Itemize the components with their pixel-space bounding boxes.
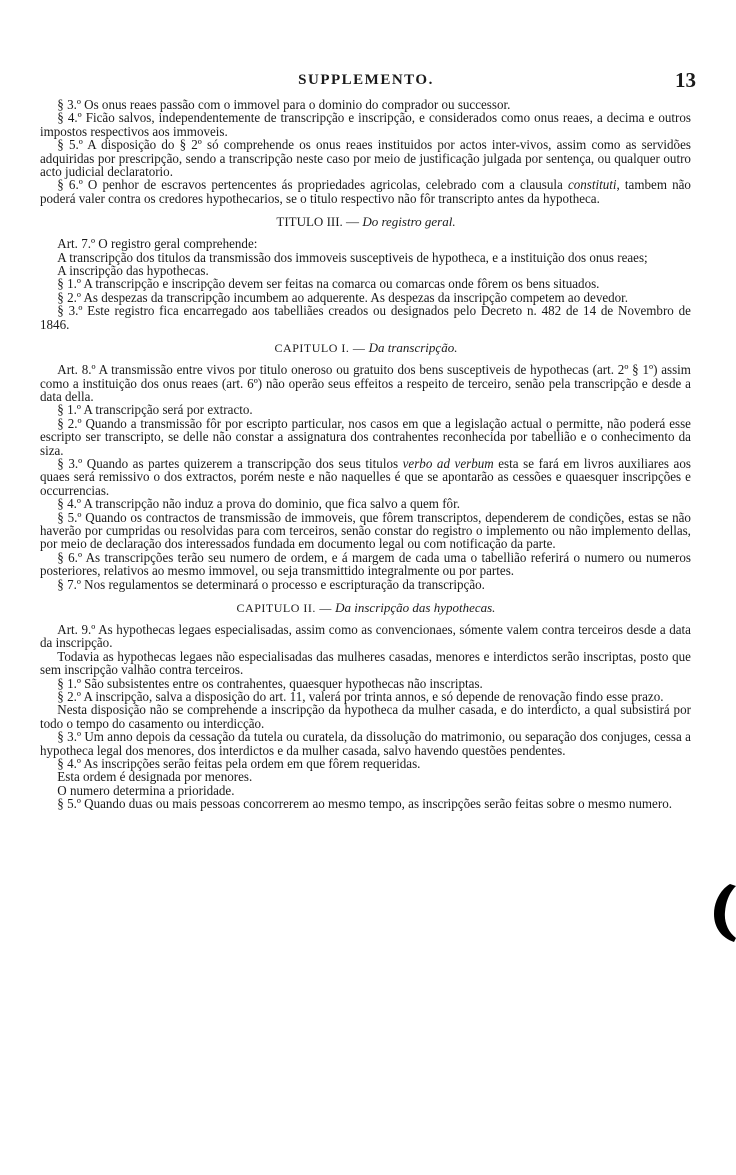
paragraph: § 3.º Os onus reaes passão com o immovel… [40,98,691,111]
paragraph: Todavia as hypothecas legaes não especia… [40,650,691,677]
ink-blot-mark-icon [708,878,736,946]
paragraph: Nesta disposição não se comprehende a in… [40,703,691,730]
paragraph: A inscripção das hypothecas. [40,264,691,277]
heading-subtitle: Da transcripção. [369,340,458,355]
paragraph: § 2.º A inscripção, salva a disposição d… [40,690,691,703]
paragraph: § 5.º Quando duas ou mais pessoas concor… [40,797,691,810]
paragraph: Esta ordem é designada por menores. [40,770,691,783]
paragraph: Art. 9.º As hypothecas legaes especialis… [40,623,691,650]
paragraph-with-italic: § 6.º O penhor de escravos pertencentes … [40,178,691,205]
paragraph: § 1.º São subsistentes entre os contrahe… [40,677,691,690]
heading-label: TITULO III. — [276,214,359,229]
heading-label: CAPITULO I. — [275,341,366,355]
paragraph: § 7.º Nos regulamentos se determinará o … [40,578,691,591]
paragraph: § 5.º A disposição do § 2º só comprehend… [40,138,691,178]
paragraph: § 6.º As transcripções terão seu numero … [40,551,691,578]
paragraph: § 5.º Quando os contractos de transmissã… [40,511,691,551]
paragraph: § 3.º Um anno depois da cessação da tute… [40,730,691,757]
paragraph: § 3.º Este registro fica encarregado aos… [40,304,691,331]
paragraph: § 1.º A transcripção será por extracto. [40,403,691,416]
section-heading-capitulo-1: CAPITULO I. — Da transcripção. [40,340,692,356]
page-header: SUPPLEMENTO. 13 [40,70,692,92]
paragraph: Art. 7.º O registro geral comprehende: [40,237,691,250]
paragraph: § 4.º As inscripções serão feitas pela o… [40,757,691,770]
paragraph: O numero determina a prioridade. [40,784,691,797]
paragraph: A transcripção dos titulos da transmissã… [40,251,691,264]
heading-subtitle: Da inscripção das hypothecas. [335,600,495,615]
page-number: 13 [675,68,696,93]
paragraph: § 4.º Ficão salvos, independentemente de… [40,111,691,138]
heading-label: CAPITULO II. — [237,601,332,615]
section-heading-capitulo-2: CAPITULO II. — Da inscripção das hypothe… [40,600,692,616]
running-title: SUPPLEMENTO. [40,72,692,89]
document-page: SUPPLEMENTO. 13 § 3.º Os onus reaes pass… [40,70,692,811]
paragraph: Art. 8.º A transmissão entre vivos por t… [40,363,691,403]
heading-subtitle: Do registro geral. [362,214,455,229]
paragraph: § 1.º A transcripção e inscripção devem … [40,277,691,290]
section-heading-titulo-3: TITULO III. — Do registro geral. [40,214,692,230]
paragraph-with-italic: § 3.º Quando as partes quizerem a transc… [40,457,691,497]
paragraph: § 2.º Quando a transmissão fôr por escri… [40,417,691,457]
paragraph: § 2.º As despezas da transcripção incumb… [40,291,691,304]
paragraph: § 4.º A transcripção não induz a prova d… [40,497,691,510]
